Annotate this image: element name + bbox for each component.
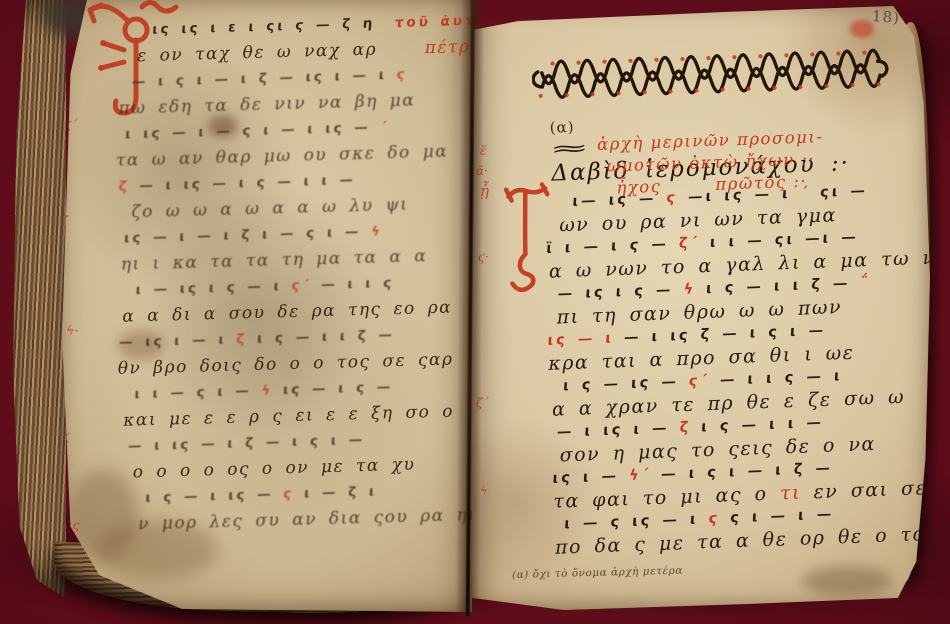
red-ink-text: ϛ	[708, 510, 731, 527]
red-ink-text: τι	[780, 481, 814, 504]
red-ink-text: ΄	[380, 119, 390, 135]
black-ink-text: ι ι — ς ι —	[134, 383, 262, 403]
black-ink-text: εν σαι σερ	[813, 477, 940, 504]
left-page-text-block: ις ις ι ε ι ςι ϛ — ζ η τοῦ ἀυτοῦε ον ταχ…	[108, 8, 494, 538]
black-ink-text: ι — ζ ι	[303, 484, 377, 502]
black-ink-text: —ι ις — ι	[688, 186, 792, 206]
red-ink-text: ζ	[236, 331, 258, 348]
black-ink-text: ι ς — ι ι ζ —	[256, 327, 395, 347]
black-ink-text: — ις ι ς —	[557, 282, 684, 303]
red-marginal-mark: ἕ	[480, 144, 486, 158]
red-ink-text: ϛ΄	[291, 277, 322, 294]
black-ink-text: — ι ις ζ — ι ς ι —	[623, 323, 826, 346]
right-page-text-block: ι— ις — ϛ —ι ις — ι ΄ ςι —ων ου ρα νι ων…	[542, 178, 933, 560]
red-ink-text: ζ	[679, 419, 702, 436]
red-marginal-mark: ζ΄	[476, 396, 489, 410]
red-marginal-mark: ᾖ	[480, 182, 489, 200]
red-ink-text: ϟ	[261, 382, 284, 399]
black-ink-text: ις ις ι ε ι ςι ϛ — ζ η	[152, 15, 386, 38]
black-ink-text: — ις ι — ι	[118, 332, 236, 351]
red-ink-text: ΅	[850, 275, 871, 292]
black-ink-text: ι — ις ι ς — ι	[135, 278, 292, 298]
red-ink-text: ϛ	[396, 67, 408, 83]
black-ink-text: ι— ις —	[572, 190, 667, 209]
red-ink-text: ϛ΄	[688, 373, 720, 390]
red-ink-text: ις — ι	[547, 330, 625, 349]
red-marginal-mark: ᾶ·	[476, 164, 488, 178]
black-ink-text: ις — ι — ι ζ ι — ς ι —	[124, 224, 372, 247]
red-ink-text: πέτρ	[424, 37, 470, 58]
black-ink-text: ι ς — ι ι —	[701, 415, 825, 436]
red-ink-text: ζ΄	[678, 235, 710, 252]
black-ink-text: — ι ι ς	[321, 275, 395, 293]
stain-spot	[802, 566, 892, 596]
right-page: 18) (α) ≈ Δαβὶδ ἱερομονάχου :· ἀρχὴ μερι…	[472, 6, 930, 610]
red-marginal-mark: ϟ·	[66, 324, 79, 339]
red-ink-text: ϛ	[666, 190, 689, 207]
black-ink-text: ι ι — ςι —ι —	[709, 229, 859, 251]
black-ink-text: ι ς — ι ι ζ —	[706, 276, 851, 297]
red-ink-text: ϟ	[683, 281, 707, 298]
red-ink-smear	[850, 20, 874, 38]
black-ink-text: ς ι — ι —	[730, 506, 835, 526]
black-ink-text: ςι —	[820, 183, 869, 201]
black-ink-text: ν μορ λες συ αν δια ςου ρα ηι ι	[138, 504, 497, 534]
black-ink-text: — ι ις — ι ς — ι ι —	[139, 172, 357, 194]
left-page: ις ις ι ε ι ςι ϛ — ζ η τοῦ ἀυτοῦε ον ταχ…	[58, 0, 472, 612]
black-ink-text: ι ς — ι ις —	[145, 486, 284, 506]
black-ink-text: — ι ς ι — ι ζ — ις ι — ι	[131, 67, 397, 90]
black-ink-text: — ι ις — ι ζ — ι ς ι —	[127, 432, 365, 455]
black-ink-text: ι ς — ις —	[563, 374, 690, 395]
black-ink-text: — ι ις ι —	[556, 420, 680, 441]
black-ink-text: ις ι —	[552, 468, 630, 487]
page-edges-left-stack	[12, 0, 66, 598]
red-ink-text: ζ	[118, 178, 140, 195]
black-ink-text: — ι ς ι — ι ζ —	[661, 461, 834, 483]
black-ink-text: ι — ς ις — ι	[564, 511, 709, 532]
red-ink-text: ϟ	[370, 223, 383, 239]
black-ink-text: ϊ ι — ι ϛ —	[546, 236, 680, 257]
marginal-footnote: (α) ὄχι τὸ ὄνομα ἀρχὴ μετέρα	[512, 563, 752, 581]
manuscript-photo-scene: ις ις ι ε ι ςι ϛ — ζ η τοῦ ἀυτοῦε ον ταχ…	[0, 0, 950, 624]
black-ink-text: ις — ι ς —	[282, 379, 394, 398]
red-ink-text: ΄	[790, 185, 821, 202]
red-ink-text: ϛ	[283, 486, 305, 503]
black-ink-text: ι ις — ι — ς ι — ι ις —	[125, 119, 381, 142]
red-ink-text: ϟ΄	[629, 467, 662, 484]
black-ink-text: — ι ι ς — ι	[719, 368, 843, 389]
red-marginal-mark: ϛ·	[478, 250, 489, 264]
red-marginal-mark: ϟ	[480, 484, 488, 498]
